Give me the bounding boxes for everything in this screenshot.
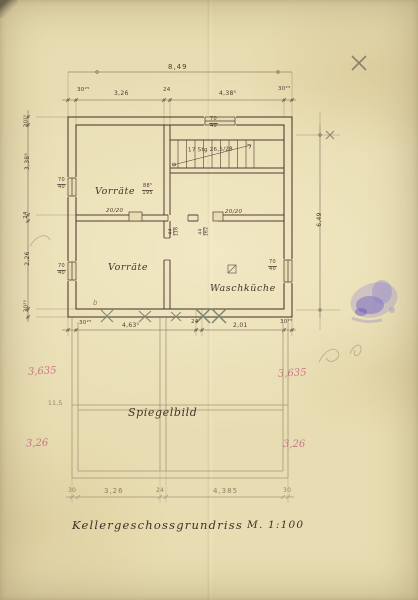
dim-mid-4: 30²⁵	[280, 319, 293, 325]
room-label-mirror: Spiegelbild	[128, 406, 197, 419]
dim-top-3: 4,38⁵	[219, 90, 236, 97]
dim-overall-width: 8,49	[168, 63, 188, 71]
pink-note-bottom-left: 3,26	[26, 438, 49, 450]
window-size-label-top: 70 40	[209, 117, 218, 129]
dim-bottom-4: 30	[283, 487, 291, 494]
drawing-title: Kellergeschossgrundriss	[72, 518, 243, 532]
dim-mid-3: 2,01	[233, 322, 248, 329]
dim-bottom-3: 4,385	[213, 487, 238, 495]
window-height: 40	[269, 267, 276, 273]
window-size-label-left-lower: 70 40	[57, 264, 66, 276]
stair-note: 17 Stg 26,5/28	[188, 147, 233, 154]
plan-drawing	[0, 0, 418, 600]
dimension-lines	[26, 71, 340, 336]
room-label-laundry: Waschküche	[210, 283, 276, 294]
window-height: 40	[58, 185, 65, 191]
dim-wall-thickness: 11,5	[48, 400, 63, 407]
corner-x-marks	[326, 56, 366, 139]
dim-bottom-0: 30	[68, 487, 76, 494]
dim-bottom-2: 24	[156, 487, 164, 494]
pencil-scribbles	[30, 236, 361, 362]
dim-left-2: 24	[23, 211, 29, 219]
scanned-floor-plan: 8,49 30²⁵ 3,26 24 4,38⁵ 30²⁵ 30²⁵ 4,63⁵ …	[0, 0, 418, 600]
door-height: 195	[142, 191, 152, 197]
niche-size-label-right: 44 162	[198, 227, 209, 237]
dim-top-1: 3,26	[114, 90, 129, 97]
dim-overall-depth: 6,49	[316, 212, 323, 227]
dim-top-4: 30²⁵	[278, 86, 291, 92]
vent-label-right: 20/20	[225, 209, 242, 215]
room-label-storage-lower: Vorräte	[108, 262, 148, 273]
ink-blot	[346, 276, 402, 323]
dim-left-3: 2,26	[24, 251, 31, 266]
vent-symbols	[129, 212, 223, 221]
dim-mid-0: 30²⁵	[79, 320, 92, 326]
pink-note-top-right: 3,635	[278, 367, 307, 379]
pink-note-top-left: 3,635	[28, 365, 57, 377]
window-symbols	[67, 116, 293, 283]
dim-bottom-1: 3,26	[104, 487, 124, 495]
window-size-label-right: 70 40	[268, 260, 277, 272]
niche-size-label-left: 44 116	[168, 227, 179, 237]
dim-left-0: 30²⁵	[23, 115, 29, 128]
niche-height: 162	[204, 227, 209, 237]
dim-left-4: 30²⁵	[23, 300, 29, 313]
vent-label-left: 20/20	[106, 208, 123, 214]
dim-top-0: 30²⁵	[77, 87, 90, 93]
drain-symbol	[228, 265, 236, 273]
pencil-x-marks	[101, 309, 226, 323]
dim-mid-2: 24	[191, 319, 199, 325]
dim-top-2: 24	[163, 87, 171, 93]
interior-walls	[76, 125, 284, 309]
pencil-letter-b: b	[93, 299, 97, 307]
window-height: 40	[58, 271, 65, 277]
staircase	[170, 140, 284, 173]
window-height: 40	[210, 124, 217, 130]
dim-left-1: 3,38⁵	[24, 153, 31, 170]
door-size-label: 88⁵ 195	[142, 184, 153, 196]
drawing-scale: M. 1:100	[247, 519, 304, 531]
pink-note-bottom-right: 3,26	[283, 439, 305, 450]
niche-height: 116	[174, 227, 179, 237]
window-size-label-left-upper: 70 40	[57, 178, 66, 190]
dim-mid-1: 4,63⁵	[122, 322, 139, 329]
room-label-storage-upper: Vorräte	[95, 186, 135, 197]
